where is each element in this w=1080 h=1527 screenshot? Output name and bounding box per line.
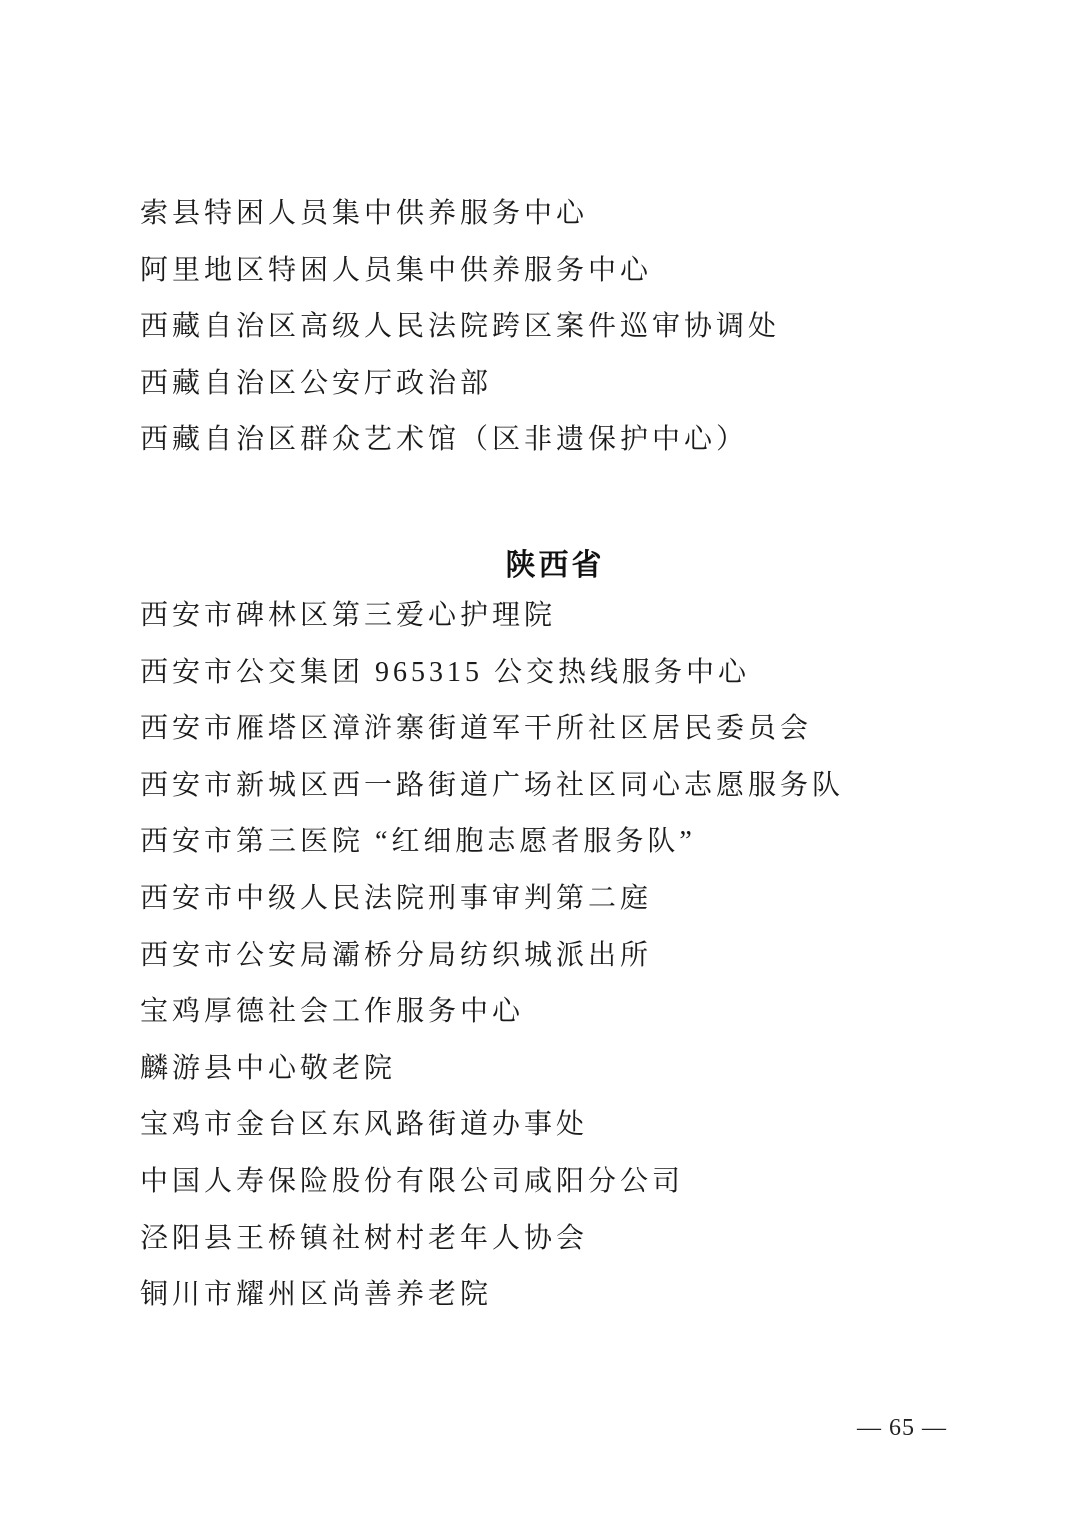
list-item: 泾阳县王桥镇社树村老年人协会 [140,1211,1000,1268]
list-item: 铜川市耀州区尚善养老院 [140,1267,1000,1324]
page-number: — 65 — [822,1415,982,1442]
list-item: 西安市雁塔区漳浒寨街道军干所社区居民委员会 [140,701,1000,758]
organization-list-tibet-continued: 索县特困人员集中供养服务中心阿里地区特困人员集中供养服务中心西藏自治区高级人民法… [140,186,1000,469]
list-item: 宝鸡市金台区东风路街道办事处 [140,1097,1000,1154]
list-item: 阿里地区特困人员集中供养服务中心 [140,243,1000,300]
list-item: 西安市第三医院 “红细胞志愿者服务队” [140,814,1000,871]
list-item: 西安市中级人民法院刑事审判第二庭 [140,871,1000,928]
list-item: 西藏自治区高级人民法院跨区案件巡审协调处 [140,299,1000,356]
list-item: 西安市碑林区第三爱心护理院 [140,588,1000,645]
organization-list-shaanxi: 西安市碑林区第三爱心护理院西安市公交集团 965315 公交热线服务中心西安市雁… [140,588,1000,1324]
list-item: 索县特困人员集中供养服务中心 [140,186,1000,243]
list-item: 西藏自治区公安厅政治部 [140,356,1000,413]
section-title-shaanxi: 陕西省 [0,540,1080,584]
list-item: 西安市新城区西一路街道广场社区同心志愿服务队 [140,758,1000,815]
list-item: 西安市公安局灞桥分局纺织城派出所 [140,928,1000,985]
list-item: 麟游县中心敬老院 [140,1041,1000,1098]
list-item: 西藏自治区群众艺术馆（区非遗保护中心） [140,412,1000,469]
list-item: 中国人寿保险股份有限公司咸阳分公司 [140,1154,1000,1211]
list-item: 西安市公交集团 965315 公交热线服务中心 [140,645,1000,702]
list-item: 宝鸡厚德社会工作服务中心 [140,984,1000,1041]
